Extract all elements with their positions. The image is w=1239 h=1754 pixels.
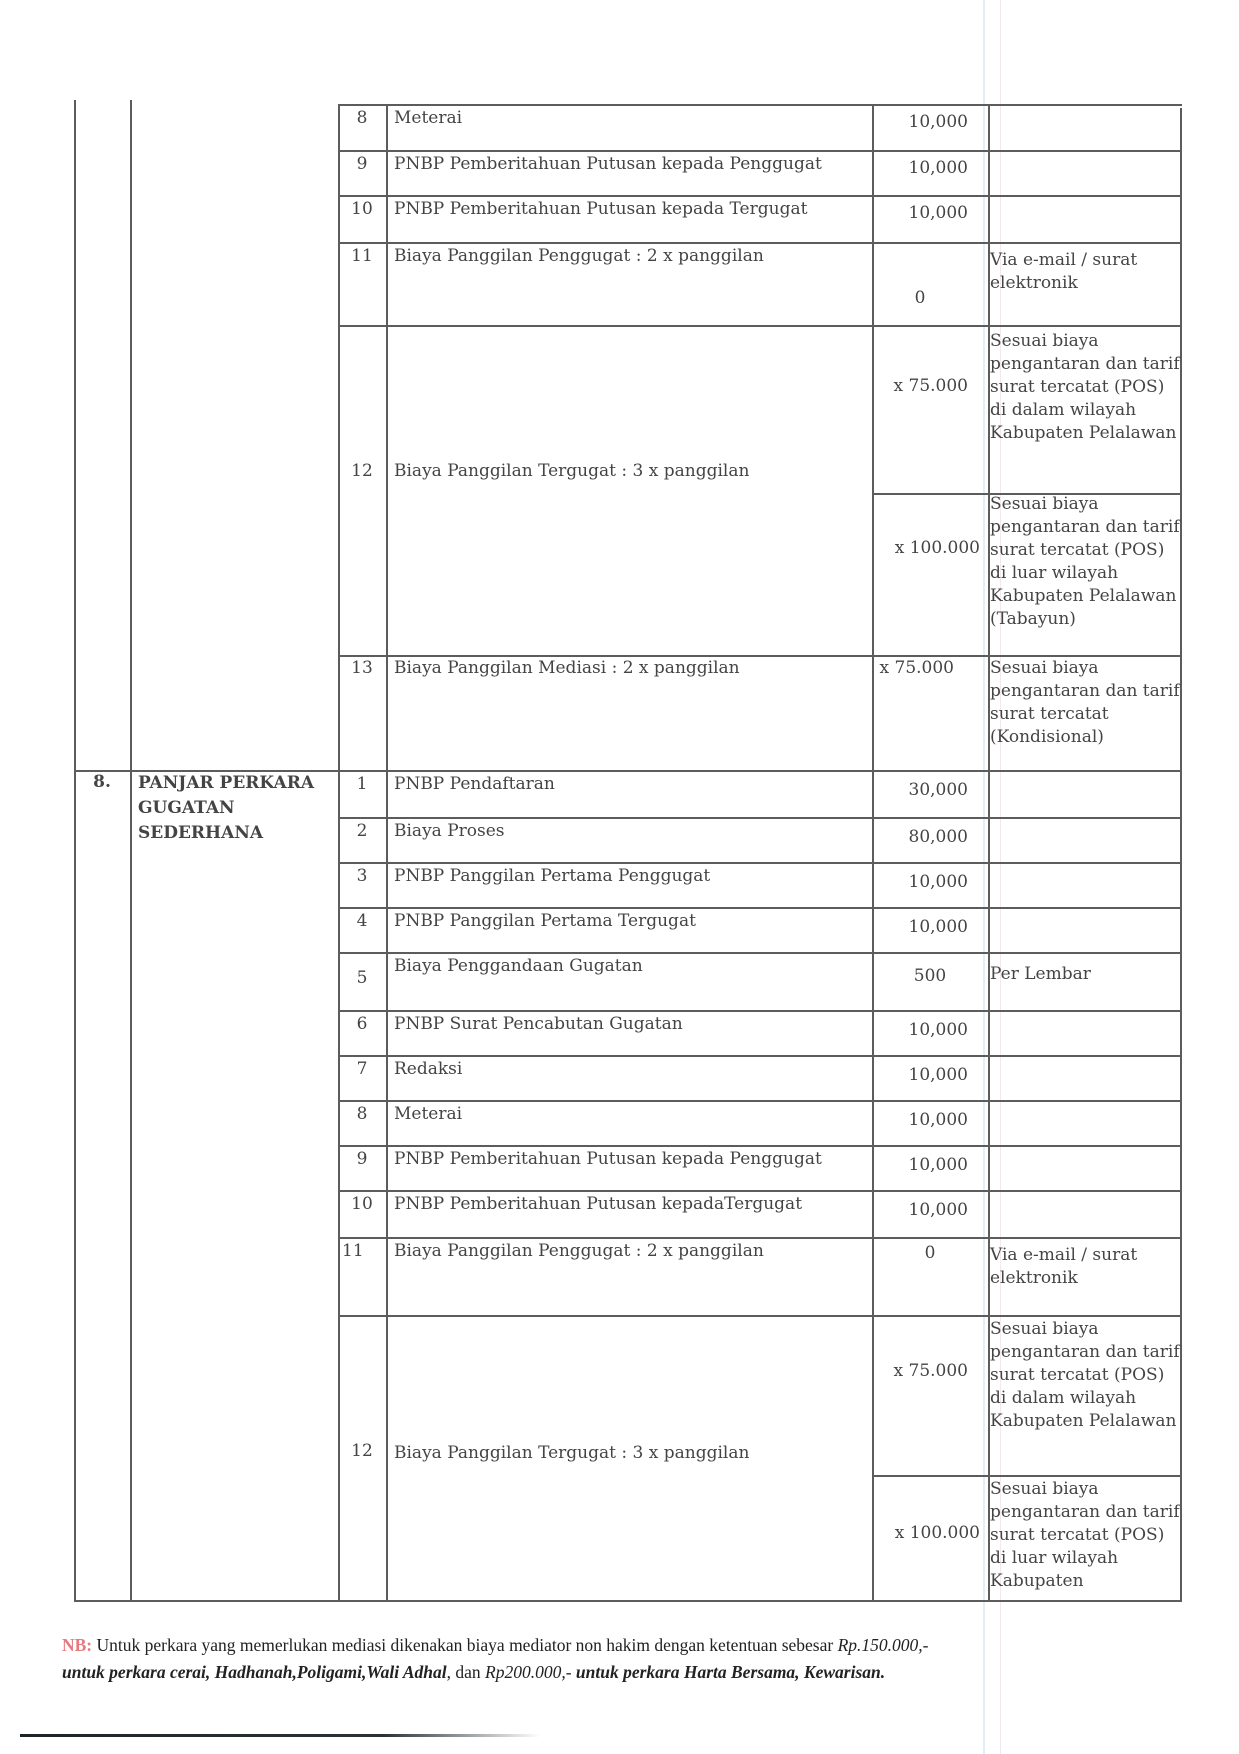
item-amount: 0	[872, 287, 968, 310]
section-title: PANJAR PERKARA GUGATAN SEDERHANA	[138, 771, 330, 846]
item-amount: 0	[872, 1242, 988, 1265]
item-amount: 80,000	[872, 826, 968, 849]
item-amount: x 100.000	[872, 537, 980, 560]
item-amount: 500	[872, 965, 988, 988]
row-rule	[338, 817, 1182, 819]
item-description: Biaya Proses	[394, 820, 870, 843]
item-number: 11	[338, 245, 386, 268]
row-rule	[338, 1100, 1182, 1102]
item-number: 10	[338, 1193, 386, 1216]
item-description: Meterai	[394, 1103, 870, 1126]
item-amount: x 75.000	[872, 375, 968, 398]
row-rule	[338, 242, 1182, 244]
table-right-rule	[1180, 108, 1182, 1602]
item-amount: 30,000	[872, 779, 968, 802]
item-description: PNBP Pemberitahuan Putusan kepada Tergug…	[394, 198, 870, 221]
section-number-column-rule	[74, 100, 76, 1602]
item-description: PNBP Panggilan Pertama Tergugat	[394, 910, 870, 933]
footnote-amount-1: Rp.150.000,-	[838, 1635, 929, 1655]
footnote-label: NB:	[62, 1635, 92, 1655]
item-amount: x 75.000	[872, 1360, 968, 1383]
item-number-column-rule	[338, 104, 340, 1602]
footer-rule	[20, 1734, 540, 1737]
footnote-cases-2: untuk perkara Harta Bersama, Kewarisan.	[572, 1662, 886, 1682]
item-number: 8	[338, 1103, 386, 1126]
item-amount: 10,000	[872, 1064, 968, 1087]
row-rule	[338, 104, 1182, 106]
document-page: 8Meterai10,0009PNBP Pemberitahuan Putusa…	[0, 0, 1239, 1754]
row-rule	[338, 862, 1182, 864]
row-rule	[338, 1145, 1182, 1147]
item-number: 8	[338, 107, 386, 130]
item-description: Biaya Panggilan Tergugat : 3 x panggilan	[394, 460, 870, 483]
item-number: 4	[338, 910, 386, 933]
footnote-text-2: , dan	[447, 1662, 485, 1682]
item-amount: x 75.000	[872, 657, 954, 680]
item-amount: 10,000	[872, 1154, 968, 1177]
item-description: Biaya Panggilan Tergugat : 3 x panggilan	[394, 1442, 870, 1465]
item-number: 2	[338, 820, 386, 843]
item-amount: 10,000	[872, 202, 968, 225]
row-rule	[338, 1315, 1182, 1317]
item-note: Per Lembar	[990, 963, 1180, 986]
item-amount: 10,000	[872, 1199, 968, 1222]
description-column-rule	[386, 104, 388, 1602]
item-note: Via e-mail / surat elektronik	[990, 249, 1180, 295]
item-note: Sesuai biaya pengantaran dan tarif surat…	[990, 493, 1180, 631]
item-note: Via e-mail / surat elektronik	[990, 1244, 1180, 1290]
footnote-amount-2: Rp200.000,-	[485, 1662, 572, 1682]
item-amount: 10,000	[872, 157, 968, 180]
footnote-text: Untuk perkara yang memerlukan mediasi di…	[92, 1635, 837, 1655]
item-description: PNBP Surat Pencabutan Gugatan	[394, 1013, 870, 1036]
item-description: Biaya Panggilan Mediasi : 2 x panggilan	[394, 657, 870, 680]
item-amount: 10,000	[872, 1109, 968, 1132]
item-number: 9	[338, 1148, 386, 1171]
item-note: Sesuai biaya pengantaran dan tarif surat…	[990, 1478, 1180, 1598]
item-amount: 10,000	[872, 111, 968, 134]
item-description: Meterai	[394, 107, 870, 130]
item-description: PNBP Panggilan Pertama Penggugat	[394, 865, 870, 888]
item-amount: x 100.000	[872, 1522, 980, 1545]
row-rule	[338, 195, 1182, 197]
item-number: 1	[338, 773, 386, 796]
item-description: PNBP Pendaftaran	[394, 773, 870, 796]
item-description: Biaya Panggilan Penggugat : 2 x panggila…	[394, 1240, 870, 1263]
row-rule	[338, 1055, 1182, 1057]
row-rule	[338, 1190, 1182, 1192]
item-note: Sesuai biaya pengantaran dan tarif surat…	[990, 657, 1180, 749]
item-number: 6	[338, 1013, 386, 1036]
item-description: Biaya Panggilan Penggugat : 2 x panggila…	[394, 245, 870, 268]
row-rule	[338, 150, 1182, 152]
item-description: PNBP Pemberitahuan Putusan kepada Penggu…	[394, 153, 870, 176]
item-number: 11	[342, 1240, 390, 1263]
section-number: 8.	[74, 771, 130, 794]
item-amount: 10,000	[872, 871, 968, 894]
item-number: 7	[338, 1058, 386, 1081]
item-number: 13	[338, 657, 386, 680]
section-title-column-rule	[130, 100, 132, 1602]
item-note: Sesuai biaya pengantaran dan tarif surat…	[990, 330, 1180, 445]
item-number: 10	[338, 198, 386, 221]
item-description: PNBP Pemberitahuan Putusan kepada Penggu…	[394, 1148, 870, 1171]
footnote-cases-1: untuk perkara cerai, Hadhanah,Poligami,W…	[62, 1662, 447, 1682]
item-description: Biaya Penggandaan Gugatan	[394, 955, 870, 978]
item-amount: 10,000	[872, 916, 968, 939]
item-number: 3	[338, 865, 386, 888]
row-rule	[338, 907, 1182, 909]
scan-artifact	[983, 0, 985, 1754]
item-description: Redaksi	[394, 1058, 870, 1081]
item-note: Sesuai biaya pengantaran dan tarif surat…	[990, 1318, 1180, 1433]
item-amount: 10,000	[872, 1019, 968, 1042]
row-rule	[338, 952, 1182, 954]
item-description: PNBP Pemberitahuan Putusan kepadaTerguga…	[394, 1193, 870, 1216]
row-rule	[338, 1237, 1182, 1239]
footnote: NB: Untuk perkara yang memerlukan medias…	[62, 1632, 1182, 1686]
row-rule	[338, 1010, 1182, 1012]
item-number: 12	[338, 460, 386, 483]
item-number: 12	[338, 1440, 386, 1463]
item-number: 9	[338, 153, 386, 176]
row-rule	[338, 325, 1182, 327]
row-rule	[74, 1600, 1182, 1602]
item-number: 5	[338, 967, 386, 990]
sub-row-rule	[872, 1475, 1182, 1477]
